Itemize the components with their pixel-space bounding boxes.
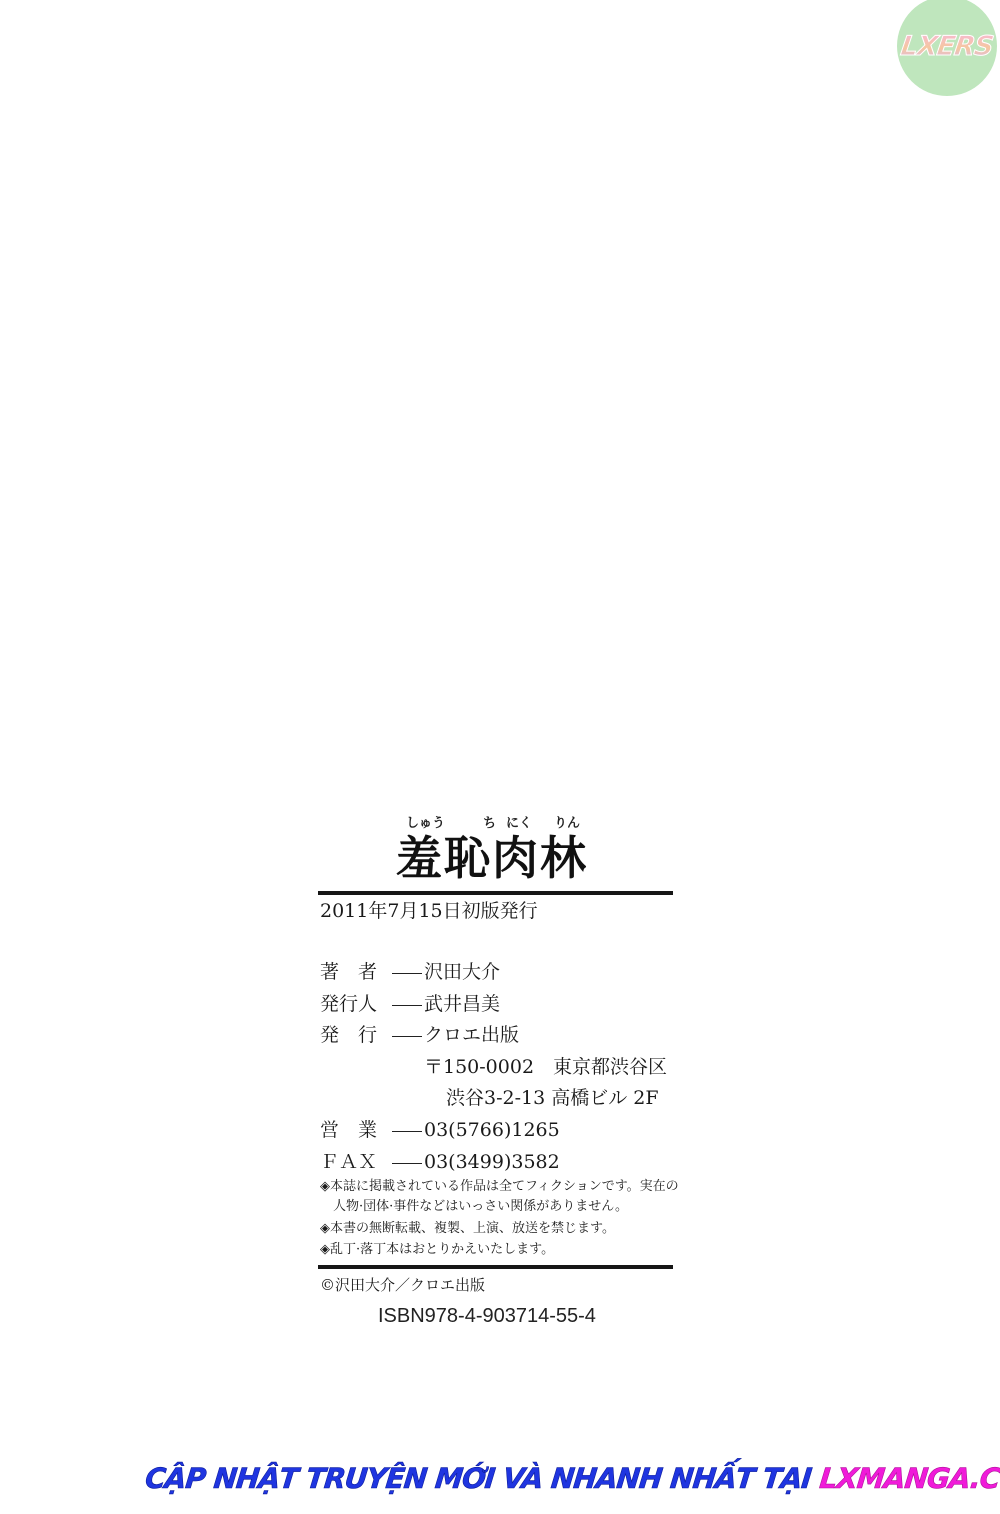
credit-label: 発行人	[320, 992, 394, 1016]
bottom-rule	[318, 1265, 673, 1269]
credit-publisher: 発 行クロエ出版	[320, 1023, 519, 1047]
dash	[392, 1036, 422, 1037]
credit-author: 著 者沢田大介	[320, 960, 500, 984]
contact-label: 営 業	[320, 1118, 394, 1142]
credit-label: 発 行	[320, 1023, 394, 1047]
copyright: ©沢田大介／クロエ出版	[320, 1275, 485, 1295]
dash	[392, 973, 422, 974]
credit-label: 著 者	[320, 960, 394, 984]
credit-value: クロエ出版	[424, 1024, 519, 1046]
note-2: 人物·団体·事件などはいっさい関係がありません。	[320, 1198, 628, 1216]
lxers-logo: LXERS	[897, 0, 997, 96]
note-4: ◈乱丁·落丁本はおとりかえいたします。	[320, 1241, 554, 1259]
contact-value: 03(5766)1265	[424, 1119, 560, 1141]
address-line-2: 渋谷3-2-13 高橋ビル 2F	[446, 1086, 659, 1110]
title-ruby: しゅう ち にく りん	[318, 812, 674, 832]
book-title: 羞恥肉林	[396, 830, 588, 886]
contact-value: 03(3499)3582	[424, 1151, 560, 1173]
credit-value: 沢田大介	[424, 961, 500, 983]
credit-publisher-person: 発行人武井昌美	[320, 992, 500, 1016]
ruby-1: しゅう	[406, 812, 445, 831]
banner-text: CẬP NHẬT TRUYỆN MỚI VÀ NHANH NHẤT TẠI	[144, 1462, 822, 1495]
note-1: ◈本誌に掲載されている作品は全てフィクションです。実在の	[320, 1178, 679, 1196]
contact-label: ＦＡＸ	[320, 1150, 394, 1174]
dash	[392, 1005, 422, 1006]
dash	[392, 1163, 422, 1164]
ruby-4: りん	[554, 812, 580, 831]
contact-fax: ＦＡＸ03(3499)3582	[320, 1150, 560, 1174]
note-3: ◈本書の無断転載、複製、上演、放送を禁じます。	[320, 1220, 615, 1238]
dash	[392, 1131, 422, 1132]
edition-date: 2011年7月15日初版発行	[320, 899, 538, 923]
address-line-1: 〒150-0002 東京都渋谷区	[424, 1055, 667, 1079]
logo-text: LXERS	[899, 31, 995, 62]
ruby-2: ち	[483, 812, 496, 831]
banner-site-link[interactable]: LXMANGA.COM	[818, 1462, 1000, 1495]
promo-banner: CẬP NHẬT TRUYỆN MỚI VÀ NHANH NHẤT TẠI LX…	[143, 1462, 867, 1502]
top-rule	[318, 891, 673, 895]
credit-value: 武井昌美	[424, 993, 500, 1015]
contact-sales: 営 業03(5766)1265	[320, 1118, 560, 1142]
ruby-3: にく	[506, 812, 532, 831]
isbn: ISBN978-4-903714-55-4	[378, 1303, 596, 1329]
